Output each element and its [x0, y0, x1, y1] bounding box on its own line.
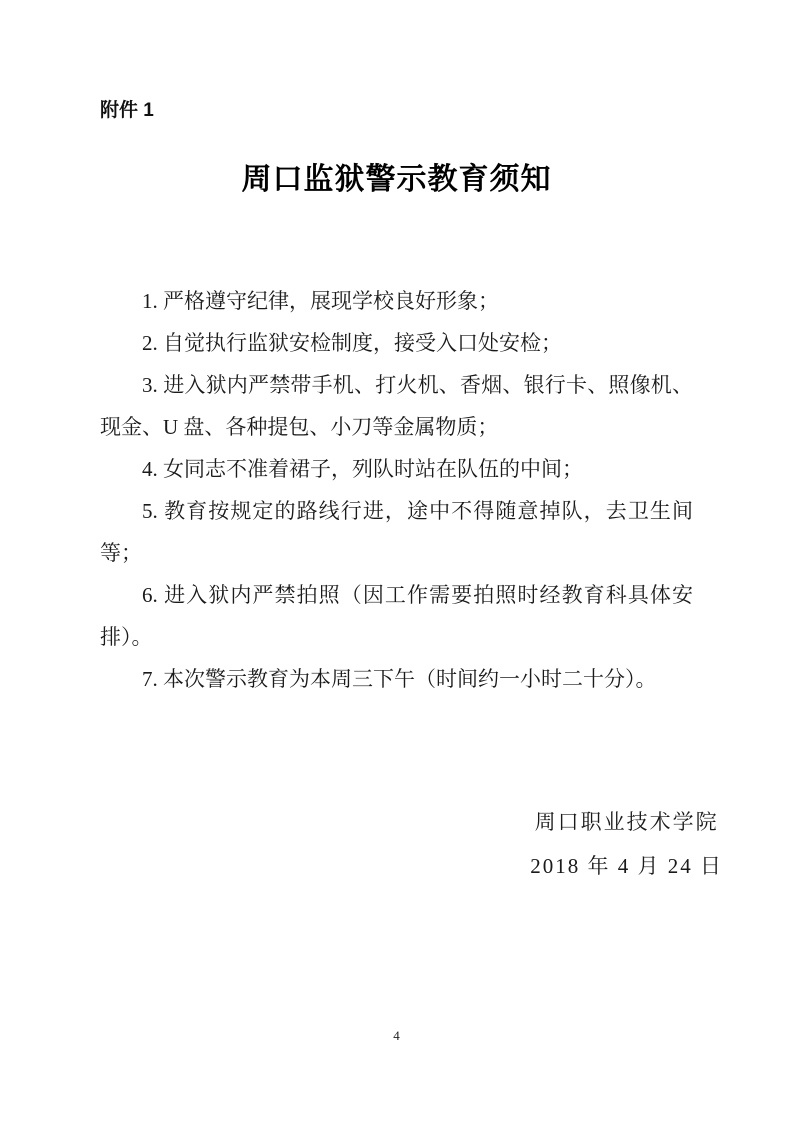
signature-organization: 周口职业技术学院: [530, 800, 723, 844]
attachment-label: 附件 1: [100, 95, 693, 122]
notice-items: 1. 严格遵守纪律，展现学校良好形象； 2. 自觉执行监狱安检制度，接受入口处安…: [100, 280, 693, 700]
notice-item-4: 4. 女同志不准着裙子，列队时站在队伍的中间；: [100, 448, 693, 490]
notice-item-3: 3. 进入狱内严禁带手机、打火机、香烟、银行卡、照像机、现金、U 盘、各种提包、…: [100, 364, 693, 448]
notice-item-6: 6. 进入狱内严禁拍照（因工作需要拍照时经教育科具体安排）。: [100, 574, 693, 658]
signature-block: 周口职业技术学院 2018 年 4 月 24 日: [530, 800, 723, 888]
page-number: 4: [0, 1028, 793, 1044]
notice-item-2: 2. 自觉执行监狱安检制度，接受入口处安检；: [100, 322, 693, 364]
notice-item-5: 5. 教育按规定的路线行进，途中不得随意掉队，去卫生间等；: [100, 490, 693, 574]
notice-item-7: 7. 本次警示教育为本周三下午（时间约一小时二十分）。: [100, 658, 693, 700]
notice-item-1: 1. 严格遵守纪律，展现学校良好形象；: [100, 280, 693, 322]
signature-date: 2018 年 4 月 24 日: [530, 844, 723, 888]
page-title: 周口监狱警示教育须知: [100, 154, 693, 198]
document-page: 附件 1 周口监狱警示教育须知 1. 严格遵守纪律，展现学校良好形象； 2. 自…: [0, 0, 793, 1122]
document-content: 附件 1 周口监狱警示教育须知 1. 严格遵守纪律，展现学校良好形象； 2. 自…: [0, 0, 793, 700]
